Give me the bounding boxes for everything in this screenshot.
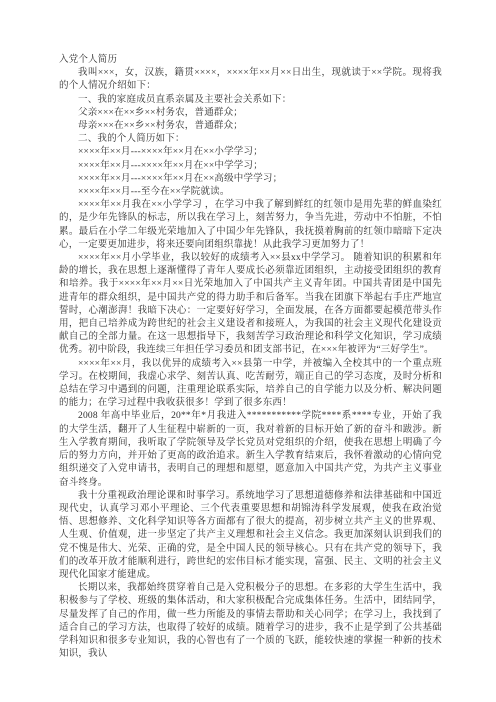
paragraph: 父亲×××在××乡××村务农，普通群众； [59, 107, 442, 120]
paragraph: ××××年××月---××××年××月在××高级中学学习； [59, 173, 442, 186]
document-title: 入党个人简历 [59, 54, 442, 67]
paragraph: 我十分重视政治理论课和时事学习。系统地学习了思想道德修养和法律基础和中国近现代史… [59, 490, 442, 582]
document-page: 入党个人简历 我叫×××，女，汉族，籍贯××××，××××年××月××日出生，现… [0, 0, 496, 702]
paragraph: 我叫×××，女，汉族，籍贯××××，××××年××月××日出生，现就读于××学院… [59, 67, 442, 93]
paragraph: 2008 年高中毕业后，20**年*月我进入***********学院****系… [59, 410, 442, 489]
paragraph: 长期以来，我都始终贯穿着自己是入党积极分子的思想。在多彩的大学生生活中，我积极参… [59, 582, 442, 661]
paragraph: ××××年××月小学毕业，我以较好的成绩考入××县xx中学学习。 随着知识的积累… [59, 252, 442, 358]
paragraph: 二、我的个人简历如下： [59, 133, 442, 146]
paragraph: 母亲×××在××乡××村务农，普通群众； [59, 120, 442, 133]
paragraph: ××××年××月---至今在××学院就读。 [59, 186, 442, 199]
paragraph: ××××年××月我在××小学学习 ，在学习中我了解到鲜红的红领巾是用先辈的鲜血染… [59, 199, 442, 252]
document-body: 我叫×××，女，汉族，籍贯××××，××××年××月××日出生，现就读于××学院… [59, 67, 442, 661]
paragraph: ××××年××月，我以优异的成绩考入××县第一中学，并被编入全校其中的一个重点班… [59, 358, 442, 411]
paragraph: 一、我的家庭成员直系亲属及主要社会关系如下： [59, 94, 442, 107]
paragraph: ××××年××月---××××年××月在××中学学习； [59, 160, 442, 173]
paragraph: ××××年××月---××××年××月在××小学学习； [59, 146, 442, 159]
document-content: 入党个人简历 我叫×××，女，汉族，籍贯××××，××××年××月××日出生，现… [59, 54, 442, 661]
